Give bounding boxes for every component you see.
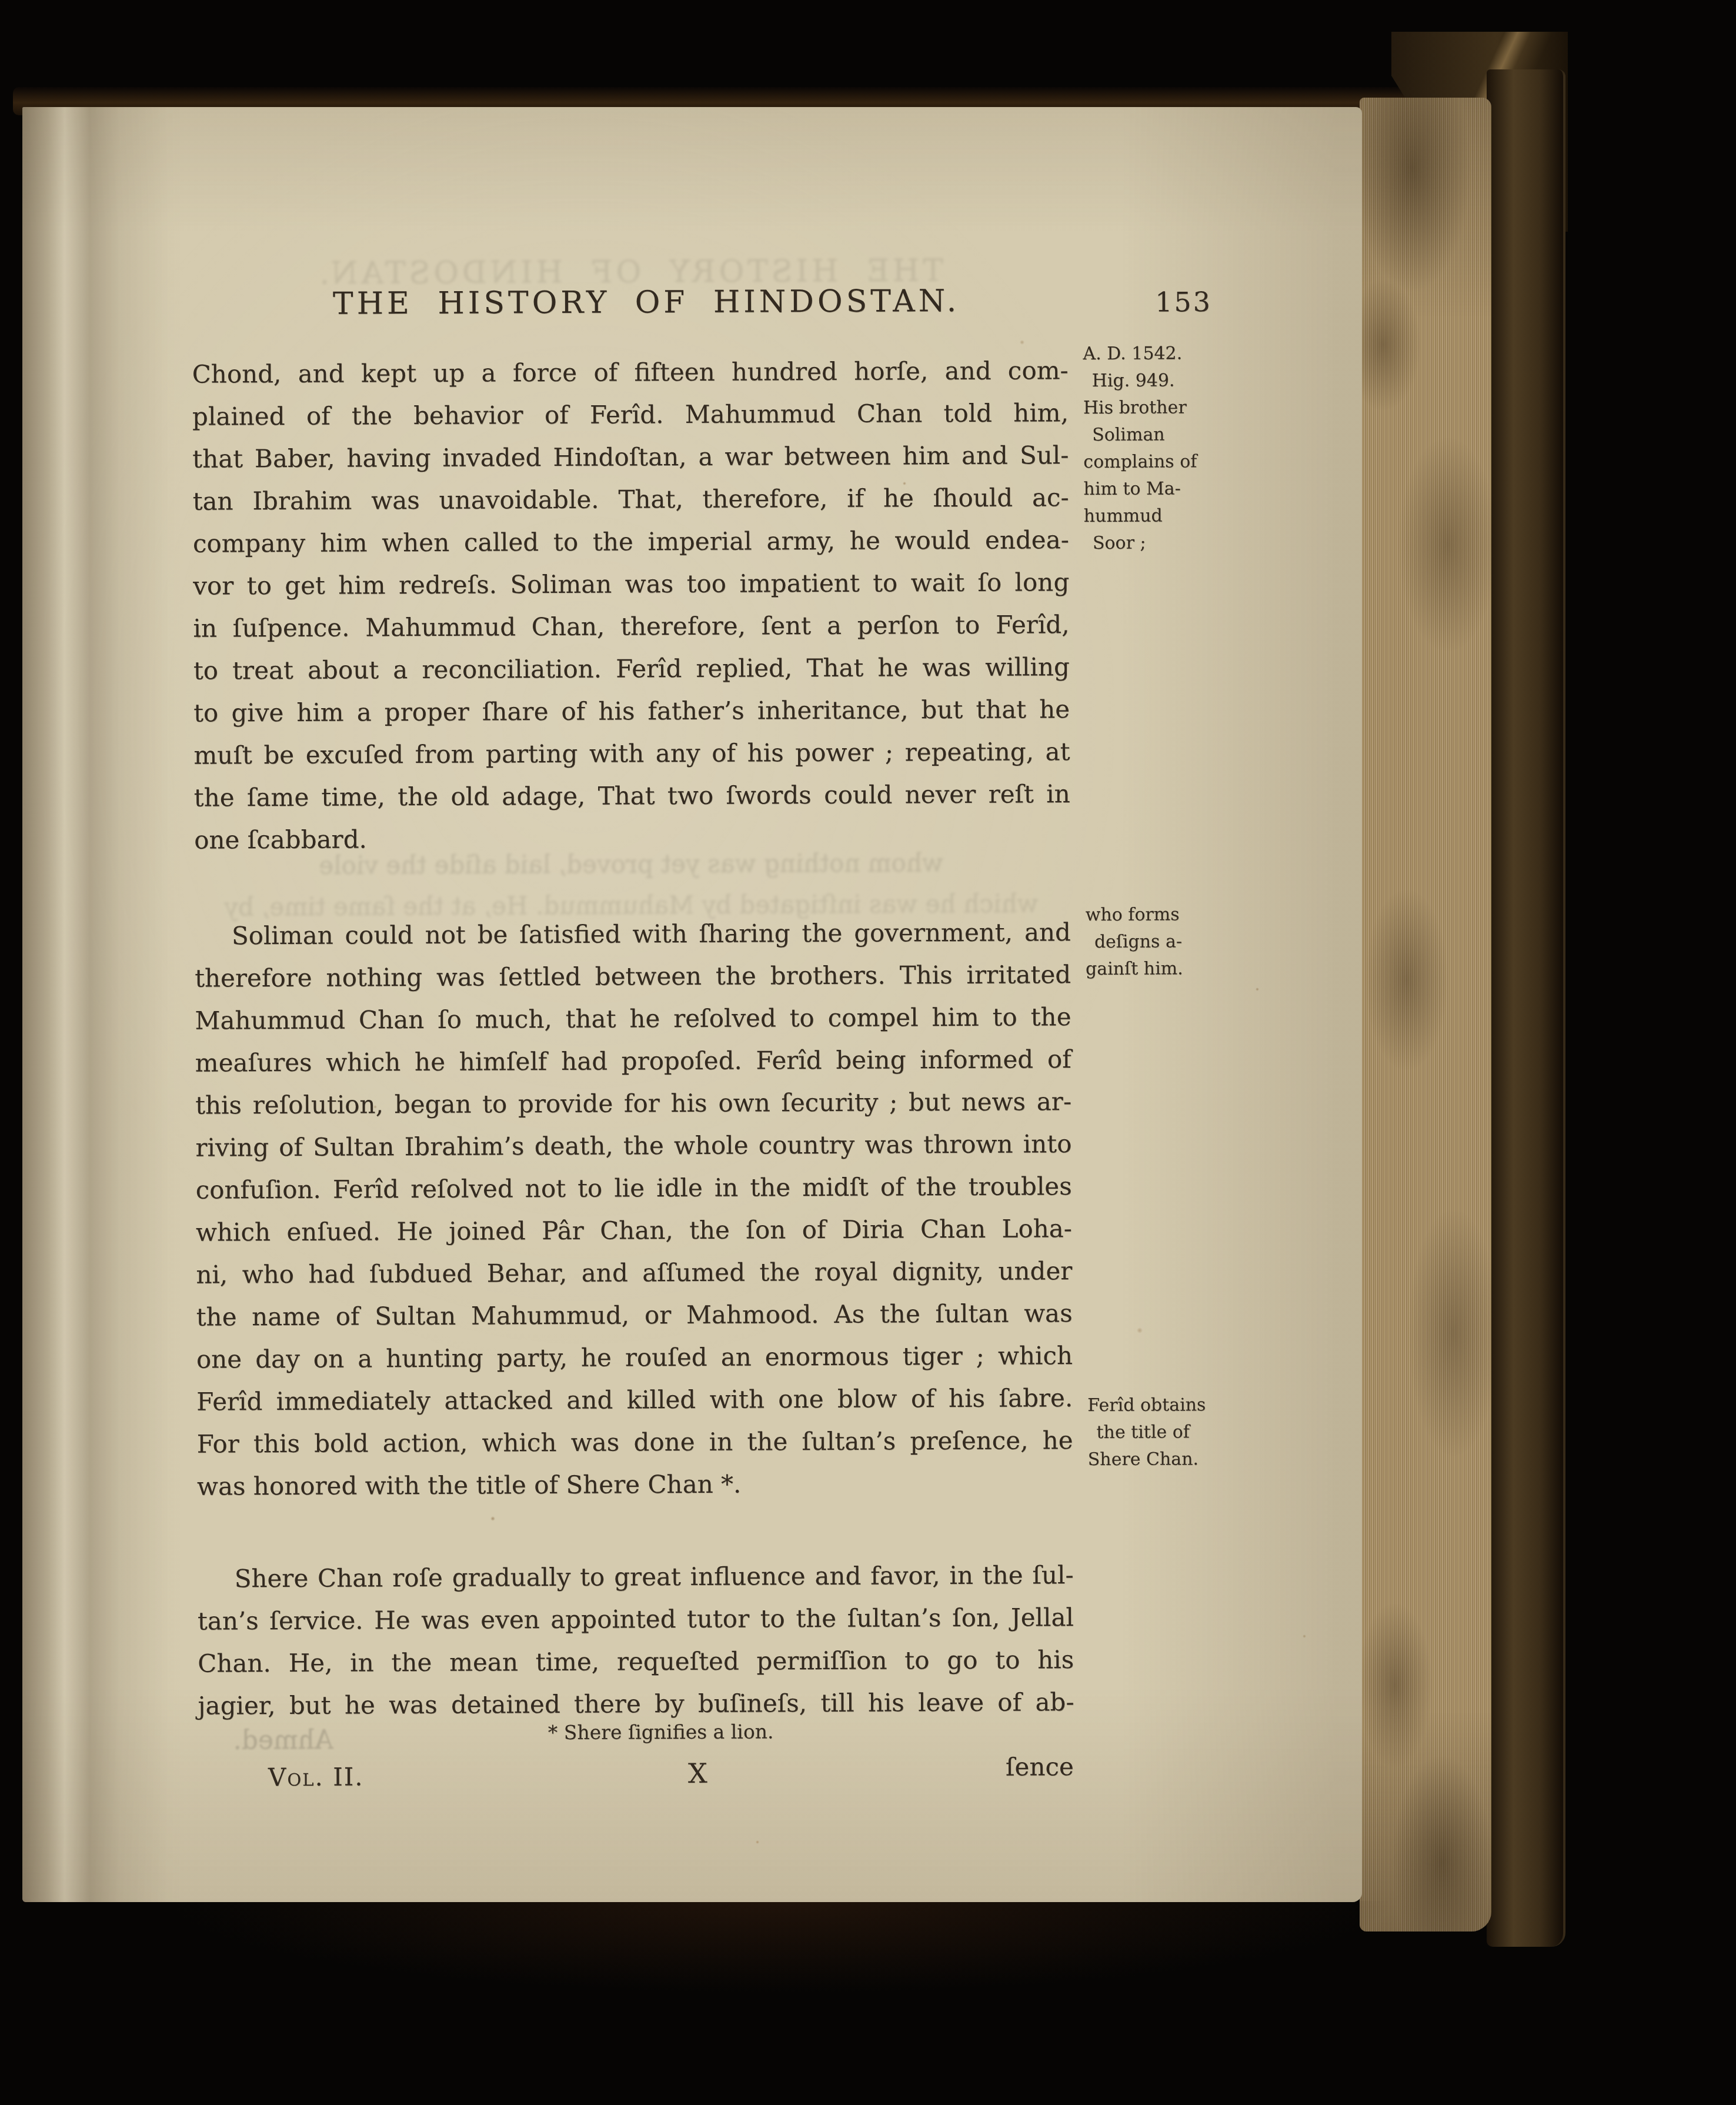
text-line: A. D. 1542.	[1083, 340, 1253, 368]
text-line: which enſued. He joined Pâr Chan, the ſo…	[196, 1207, 1072, 1254]
page-number: 153	[1155, 286, 1212, 318]
text-line: to give him a proper ſhare of his father…	[193, 688, 1070, 735]
text-line: ni, who had ſubdued Behar, and aſſumed t…	[196, 1250, 1072, 1296]
text-line: Hig. 949.	[1083, 367, 1254, 395]
text-line: Ferîd obtains	[1087, 1392, 1258, 1419]
book-scan-photo: THE HISTORY OF HINDOSTAN. THE HISTORY OF…	[0, 0, 1736, 2105]
text-line: plained of the behavior of Ferîd. Mahumm…	[192, 392, 1069, 438]
ghost-show-through-line: whom nothing was yet proved, laid aſide …	[199, 848, 1063, 880]
catchword: ſence	[1006, 1752, 1074, 1782]
text-line: His brother	[1083, 394, 1254, 422]
text-line: vor to get him redreſs. Soliman was too …	[193, 561, 1069, 608]
volume-label: Vol. II.	[268, 1762, 364, 1792]
text-line: this reſolution, began to provide for hi…	[195, 1080, 1071, 1127]
text-line: the name of Sultan Mahummud, or Mahmood.…	[196, 1292, 1072, 1339]
leather-cover	[1487, 69, 1565, 1947]
fore-edge-mottling	[1360, 98, 1491, 1931]
margin-note-title: Ferîd obtains the title ofShere Chan.	[1087, 1392, 1258, 1473]
body-paragraph-2: Soliman could not be ſatisfied with ſhar…	[195, 911, 1073, 1507]
ghost-show-through-word: Ahmed.	[233, 1725, 333, 1756]
body-paragraph-3: Shere Chan roſe gradually to great influ…	[197, 1554, 1074, 1727]
text-line: gainſt him.	[1086, 955, 1256, 983]
text-line: who forms	[1086, 901, 1256, 929]
text-line: Soliman could not be ſatisfied with ſhar…	[195, 911, 1071, 958]
text-line: Shere Chan roſe gradually to great influ…	[197, 1554, 1073, 1600]
text-line: company him when called to the imperial …	[193, 519, 1069, 565]
text-line: Chond, and kept up a force of fifteen hu…	[192, 349, 1068, 396]
page-content: THE HISTORY OF HINDOSTAN. THE HISTORY OF…	[19, 104, 1367, 1905]
text-line: muſt be excuſed from parting with any of…	[193, 730, 1070, 777]
text-line: Mahummud Chan ſo much, that he reſolved …	[195, 996, 1071, 1042]
margin-note-date: A. D. 1542. Hig. 949.His brother Soliman…	[1083, 340, 1254, 557]
footnote: * Shere ſignifies a lion.	[548, 1720, 774, 1744]
text-line: hummud	[1084, 502, 1254, 530]
text-line: was honored with the title of Shere Chan…	[197, 1462, 1073, 1508]
text-line: Ferîd immediately attacked and killed wi…	[196, 1377, 1073, 1423]
text-line: the ſame time, the old adage, That two ſ…	[194, 773, 1070, 819]
margin-note-designs: who forms deſigns a-gainſt him.	[1086, 901, 1257, 983]
text-line: deſigns a-	[1086, 928, 1256, 956]
text-line: one day on a hunting party, he rouſed an…	[196, 1335, 1073, 1381]
text-line: complains of	[1083, 448, 1254, 476]
text-line: Soliman	[1083, 421, 1254, 449]
text-line: therefore nothing was ſettled between th…	[195, 953, 1071, 1000]
text-line: For this bold action, which was done in …	[196, 1419, 1073, 1466]
fore-edge-page-stack	[1360, 98, 1491, 1931]
book-bottom-shadow	[141, 1901, 1564, 2019]
text-line: the title of	[1087, 1419, 1258, 1446]
text-line: confuſion. Ferîd reſolved not to lie idl…	[196, 1165, 1072, 1212]
text-line: Soor ;	[1084, 529, 1254, 557]
running-header: THE HISTORY OF HINDOSTAN.	[208, 283, 1084, 322]
text-line: tan Ibrahim was unavoidable. That, there…	[192, 476, 1069, 523]
text-line: meaſures which he himſelf had propoſed. …	[195, 1038, 1071, 1085]
text-line: in ſuſpence. Mahummud Chan, therefore, ſ…	[193, 603, 1069, 650]
text-line: Shere Chan.	[1088, 1446, 1258, 1473]
body-paragraph-1: Chond, and kept up a force of fifteen hu…	[192, 349, 1070, 861]
text-line: him to Ma-	[1083, 475, 1254, 503]
book-page: THE HISTORY OF HINDOSTAN. THE HISTORY OF…	[22, 107, 1362, 1902]
text-line: tan’s ſervice. He was even appointed tut…	[198, 1596, 1074, 1643]
text-line: riving of Sultan Ibrahim’s death, the wh…	[195, 1123, 1071, 1169]
text-line: Chan. He, in the mean time, requeſted pe…	[198, 1639, 1074, 1685]
signature-mark: X	[688, 1757, 707, 1789]
text-line: that Baber, having invaded Hindoſtan, a …	[192, 434, 1069, 481]
text-line: to treat about a reconciliation. Ferîd r…	[193, 646, 1070, 692]
